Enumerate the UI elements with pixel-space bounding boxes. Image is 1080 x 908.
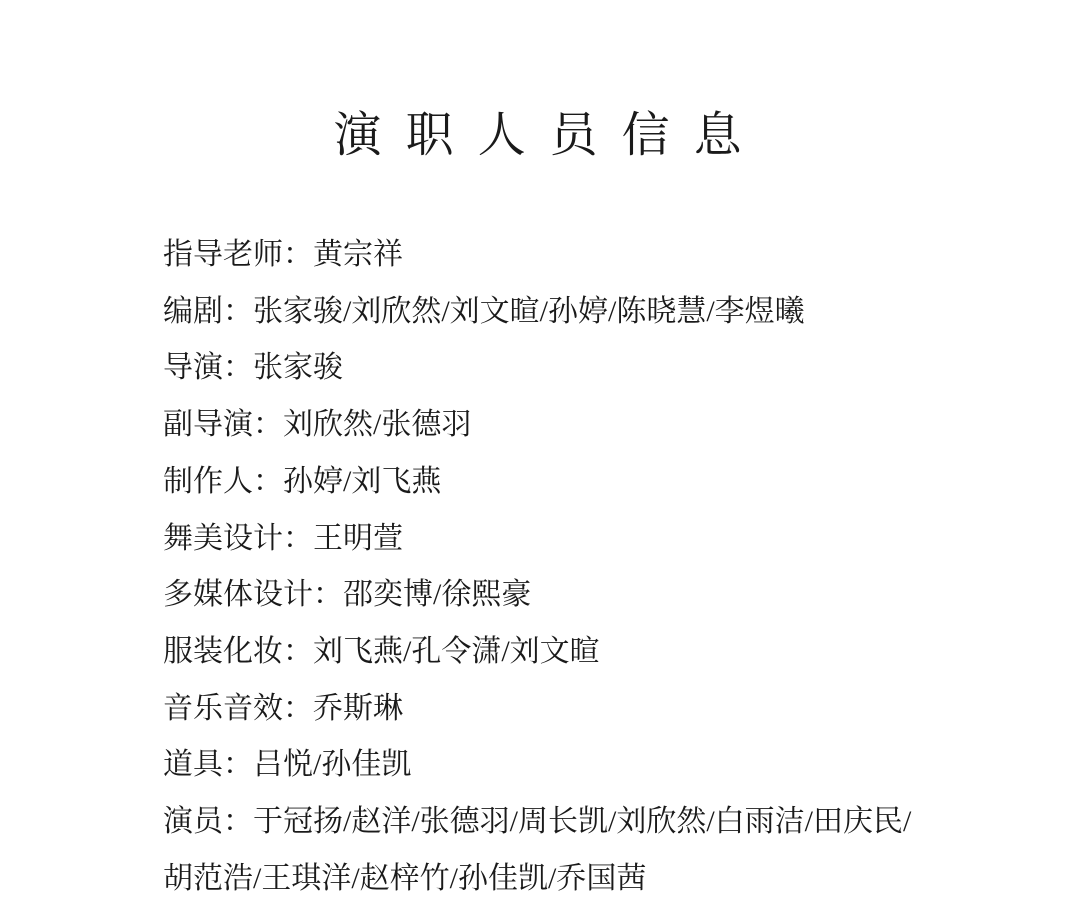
credit-line-multimedia-design: 多媒体设计：邵奕博/徐熙豪 (163, 567, 980, 624)
document-title: 演职人员信息 (0, 111, 1080, 161)
credit-line-music-sound: 音乐音效：乔斯琳 (163, 681, 980, 738)
credit-line-assistant-director: 副导演：刘欣然/张德羽 (163, 397, 980, 454)
credit-line-advisor: 指导老师：黄宗祥 (163, 227, 980, 284)
credit-line-director: 导演：张家骏 (163, 340, 980, 397)
credit-line-screenwriter: 编剧：张家骏/刘欣然/刘文暄/孙婷/陈晓慧/李煜曦 (163, 284, 980, 341)
document-page: 演职人员信息 指导老师：黄宗祥 编剧：张家骏/刘欣然/刘文暄/孙婷/陈晓慧/李煜… (0, 0, 1080, 908)
credit-line-props: 道具：吕悦/孙佳凯 (163, 737, 980, 794)
credits-list: 指导老师：黄宗祥 编剧：张家骏/刘欣然/刘文暄/孙婷/陈晓慧/李煜曦 导演：张家… (163, 227, 980, 907)
credit-line-cast: 演员：于冠扬/赵洋/张德羽/周长凯/刘欣然/白雨洁/田庆民/ (163, 794, 980, 851)
credit-line-costume-makeup: 服装化妆：刘飞燕/孔令潇/刘文暄 (163, 624, 980, 681)
credit-line-stage-design: 舞美设计：王明萱 (163, 511, 980, 568)
credit-line-cast-continued: 胡范浩/王琪洋/赵梓竹/孙佳凯/乔国茜 (163, 851, 980, 908)
credit-line-producer: 制作人：孙婷/刘飞燕 (163, 454, 980, 511)
